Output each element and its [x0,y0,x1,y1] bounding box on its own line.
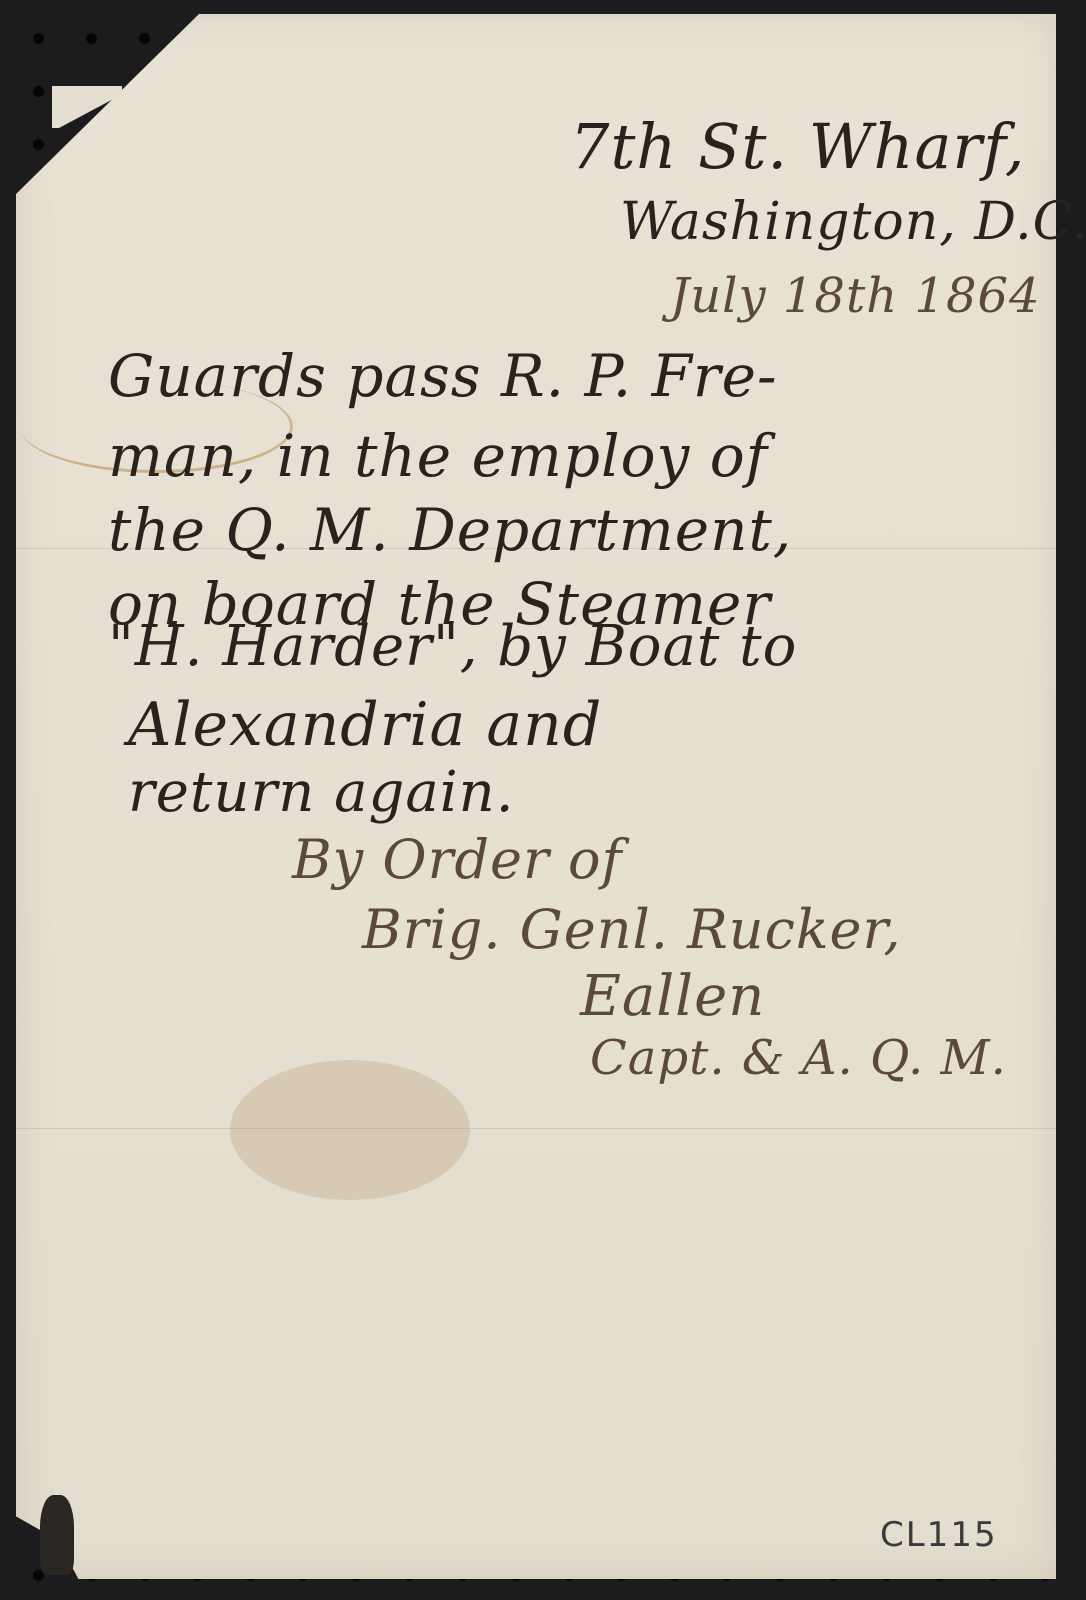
body-line: "H. Harder", by Boat to [108,614,797,679]
body-line: the Q. M. Department, [108,496,792,564]
closing-order: By Order of [292,828,622,891]
date-line: July 18th 1864 [670,268,1041,324]
location-line: 7th St. Wharf, [570,110,1026,183]
body-line: Alexandria and [128,690,602,760]
body-line: return again. [128,760,515,825]
signature: Eallen [580,964,765,1029]
tape-stain [230,1060,470,1200]
shadow-mark [40,1495,74,1575]
signer-title: Capt. & A. Q. M. [590,1030,1007,1086]
closing-general: Brig. Genl. Rucker, [362,898,902,961]
catalog-number: CL115 [880,1515,998,1555]
fold-line [16,1128,1056,1129]
body-line: man, in the employ of [108,422,768,490]
city-line: Washington, D.C. [620,192,1086,252]
body-line: Guards pass R. P. Fre- [108,342,778,410]
